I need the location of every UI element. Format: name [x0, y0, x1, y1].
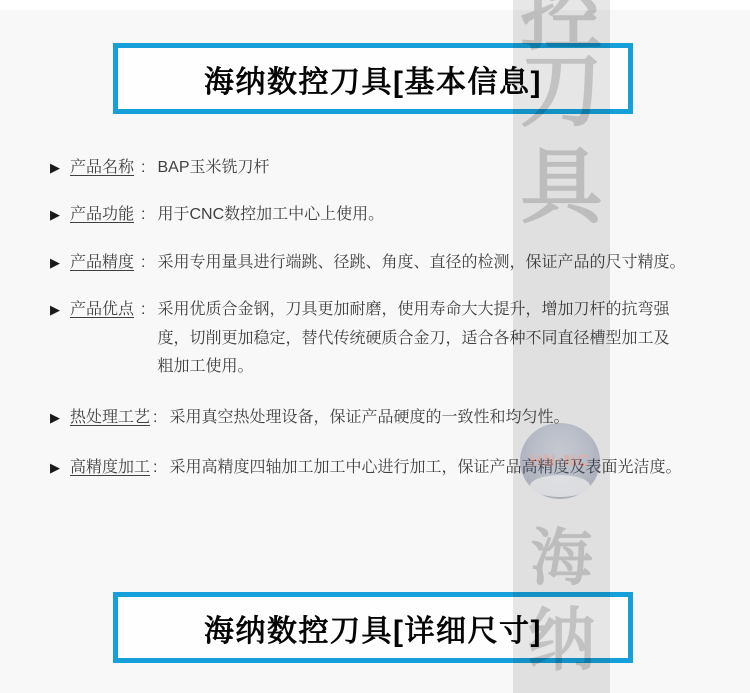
- colon-separator: :: [153, 404, 157, 432]
- info-row-heat-treatment: ▶ 热处理工艺 : 采用真空热处理设备，保证产品硬度的一致性和均匀性。: [50, 404, 735, 433]
- triangle-bullet-icon: ▶: [50, 296, 60, 324]
- info-value: 用于CNC数控加工中心上使用。: [157, 201, 735, 230]
- info-label: 热处理工艺: [70, 404, 150, 432]
- info-value: 采用真空热处理设备，保证产品硬度的一致性和均匀性。: [169, 404, 735, 433]
- info-row-product-function: ▶ 产品功能 : 用于CNC数控加工中心上使用。: [50, 201, 735, 230]
- triangle-bullet-icon: ▶: [50, 454, 60, 482]
- top-white-strip: [0, 0, 750, 10]
- basic-info-title: 海纳数控刀具[基本信息]: [204, 57, 542, 101]
- info-value: BAP玉米铣刀杆: [157, 154, 735, 183]
- detailed-size-title: 海纳数控刀具[详细尺寸]: [204, 606, 542, 650]
- triangle-bullet-icon: ▶: [50, 154, 60, 182]
- detailed-size-title-box: 海纳数控刀具[详细尺寸]: [113, 592, 633, 663]
- colon-separator: :: [141, 201, 145, 229]
- info-row-product-precision: ▶ 产品精度 : 采用专用量具进行端跳、径跳、角度、直径的检测，保证产品的尺寸精…: [50, 249, 735, 278]
- info-label: 产品功能: [70, 201, 134, 229]
- info-label: 产品名称: [70, 154, 134, 182]
- colon-separator: :: [141, 249, 145, 277]
- info-label: 高精度加工: [70, 454, 150, 482]
- info-value: 采用高精度四轴加工加工中心进行加工，保证产品高精度及表面光洁度。: [169, 454, 735, 483]
- colon-separator: :: [141, 296, 145, 324]
- info-value: 采用专用量具进行端跳、径跳、角度、直径的检测，保证产品的尺寸精度。: [157, 249, 735, 278]
- triangle-bullet-icon: ▶: [50, 249, 60, 277]
- info-value: 采用优质合金钢，刀具更加耐磨，使用寿命大大提升，增加刀杆的抗弯强度，切削更加稳定…: [157, 296, 679, 382]
- basic-info-title-box: 海纳数控刀具[基本信息]: [113, 43, 633, 114]
- colon-separator: :: [153, 454, 157, 482]
- info-label: 产品精度: [70, 249, 134, 277]
- triangle-bullet-icon: ▶: [50, 404, 60, 432]
- info-label: 产品优点: [70, 296, 134, 324]
- watermark-char: 海: [530, 528, 592, 590]
- info-row-product-name: ▶ 产品名称 : BAP玉米铣刀杆: [50, 154, 735, 183]
- triangle-bullet-icon: ▶: [50, 201, 60, 229]
- colon-separator: :: [141, 154, 145, 182]
- info-row-high-precision-machining: ▶ 高精度加工 : 采用高精度四轴加工加工中心进行加工，保证产品高精度及表面光洁…: [50, 454, 735, 483]
- info-row-product-advantages: ▶ 产品优点 : 采用优质合金钢，刀具更加耐磨，使用寿命大大提升，增加刀杆的抗弯…: [50, 296, 735, 382]
